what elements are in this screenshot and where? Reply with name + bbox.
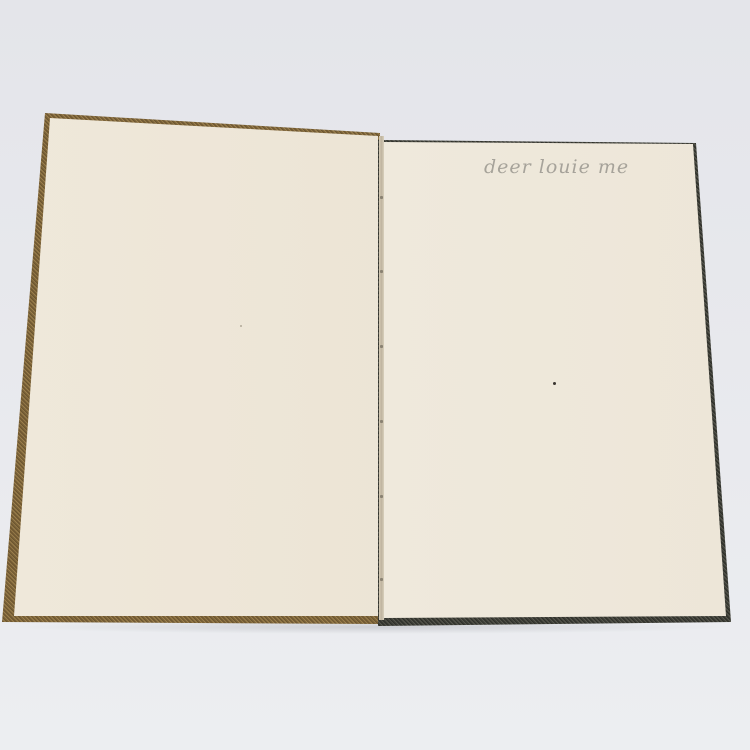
binding-stitch — [380, 270, 383, 273]
page-speck — [240, 325, 242, 327]
binding-stitch — [380, 420, 383, 423]
binding-stitch — [380, 495, 383, 498]
binding-stitch — [380, 578, 383, 581]
pencil-inscription: deer louie me — [484, 156, 629, 178]
binding-stitch — [380, 196, 383, 199]
book-gutter — [379, 136, 384, 620]
page-speck — [553, 382, 556, 385]
binding-stitch — [380, 345, 383, 348]
book-photo: deer louie me — [0, 0, 750, 750]
